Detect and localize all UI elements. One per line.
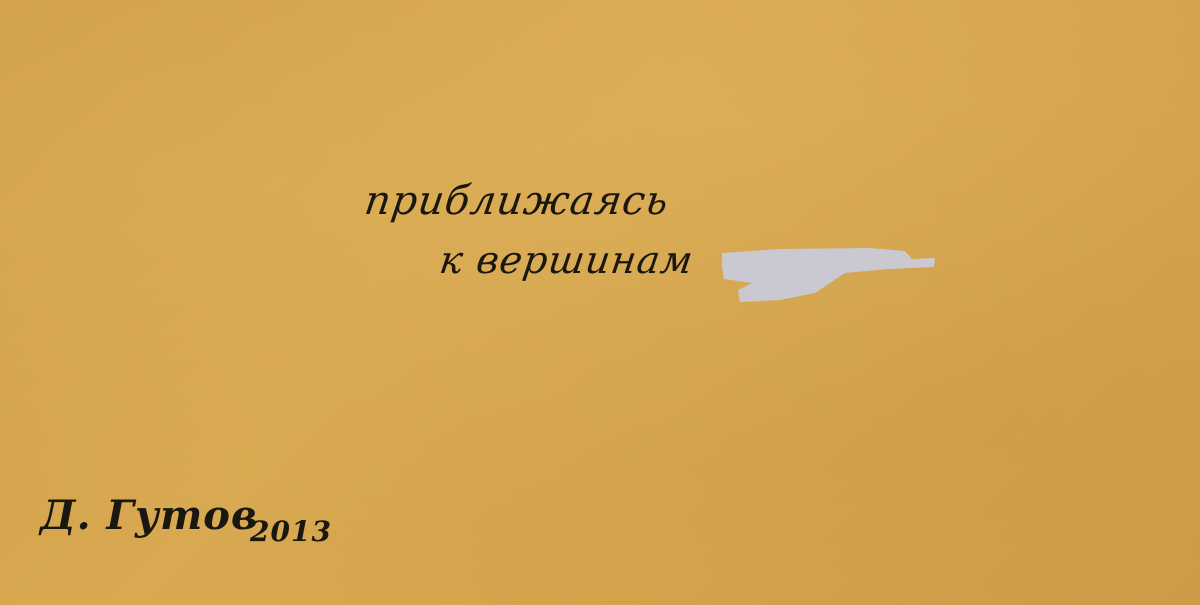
inscription-line-1: приближаясь (362, 178, 672, 224)
gray-brushstroke (720, 245, 940, 307)
signature-year: 2013 (250, 515, 332, 548)
artist-signature: Д. Гутов (40, 492, 258, 539)
painting-canvas: приближаясь к вершинам Д. Гутов 2013 (0, 0, 1200, 605)
inscription-line-2: к вершинам (437, 238, 697, 282)
